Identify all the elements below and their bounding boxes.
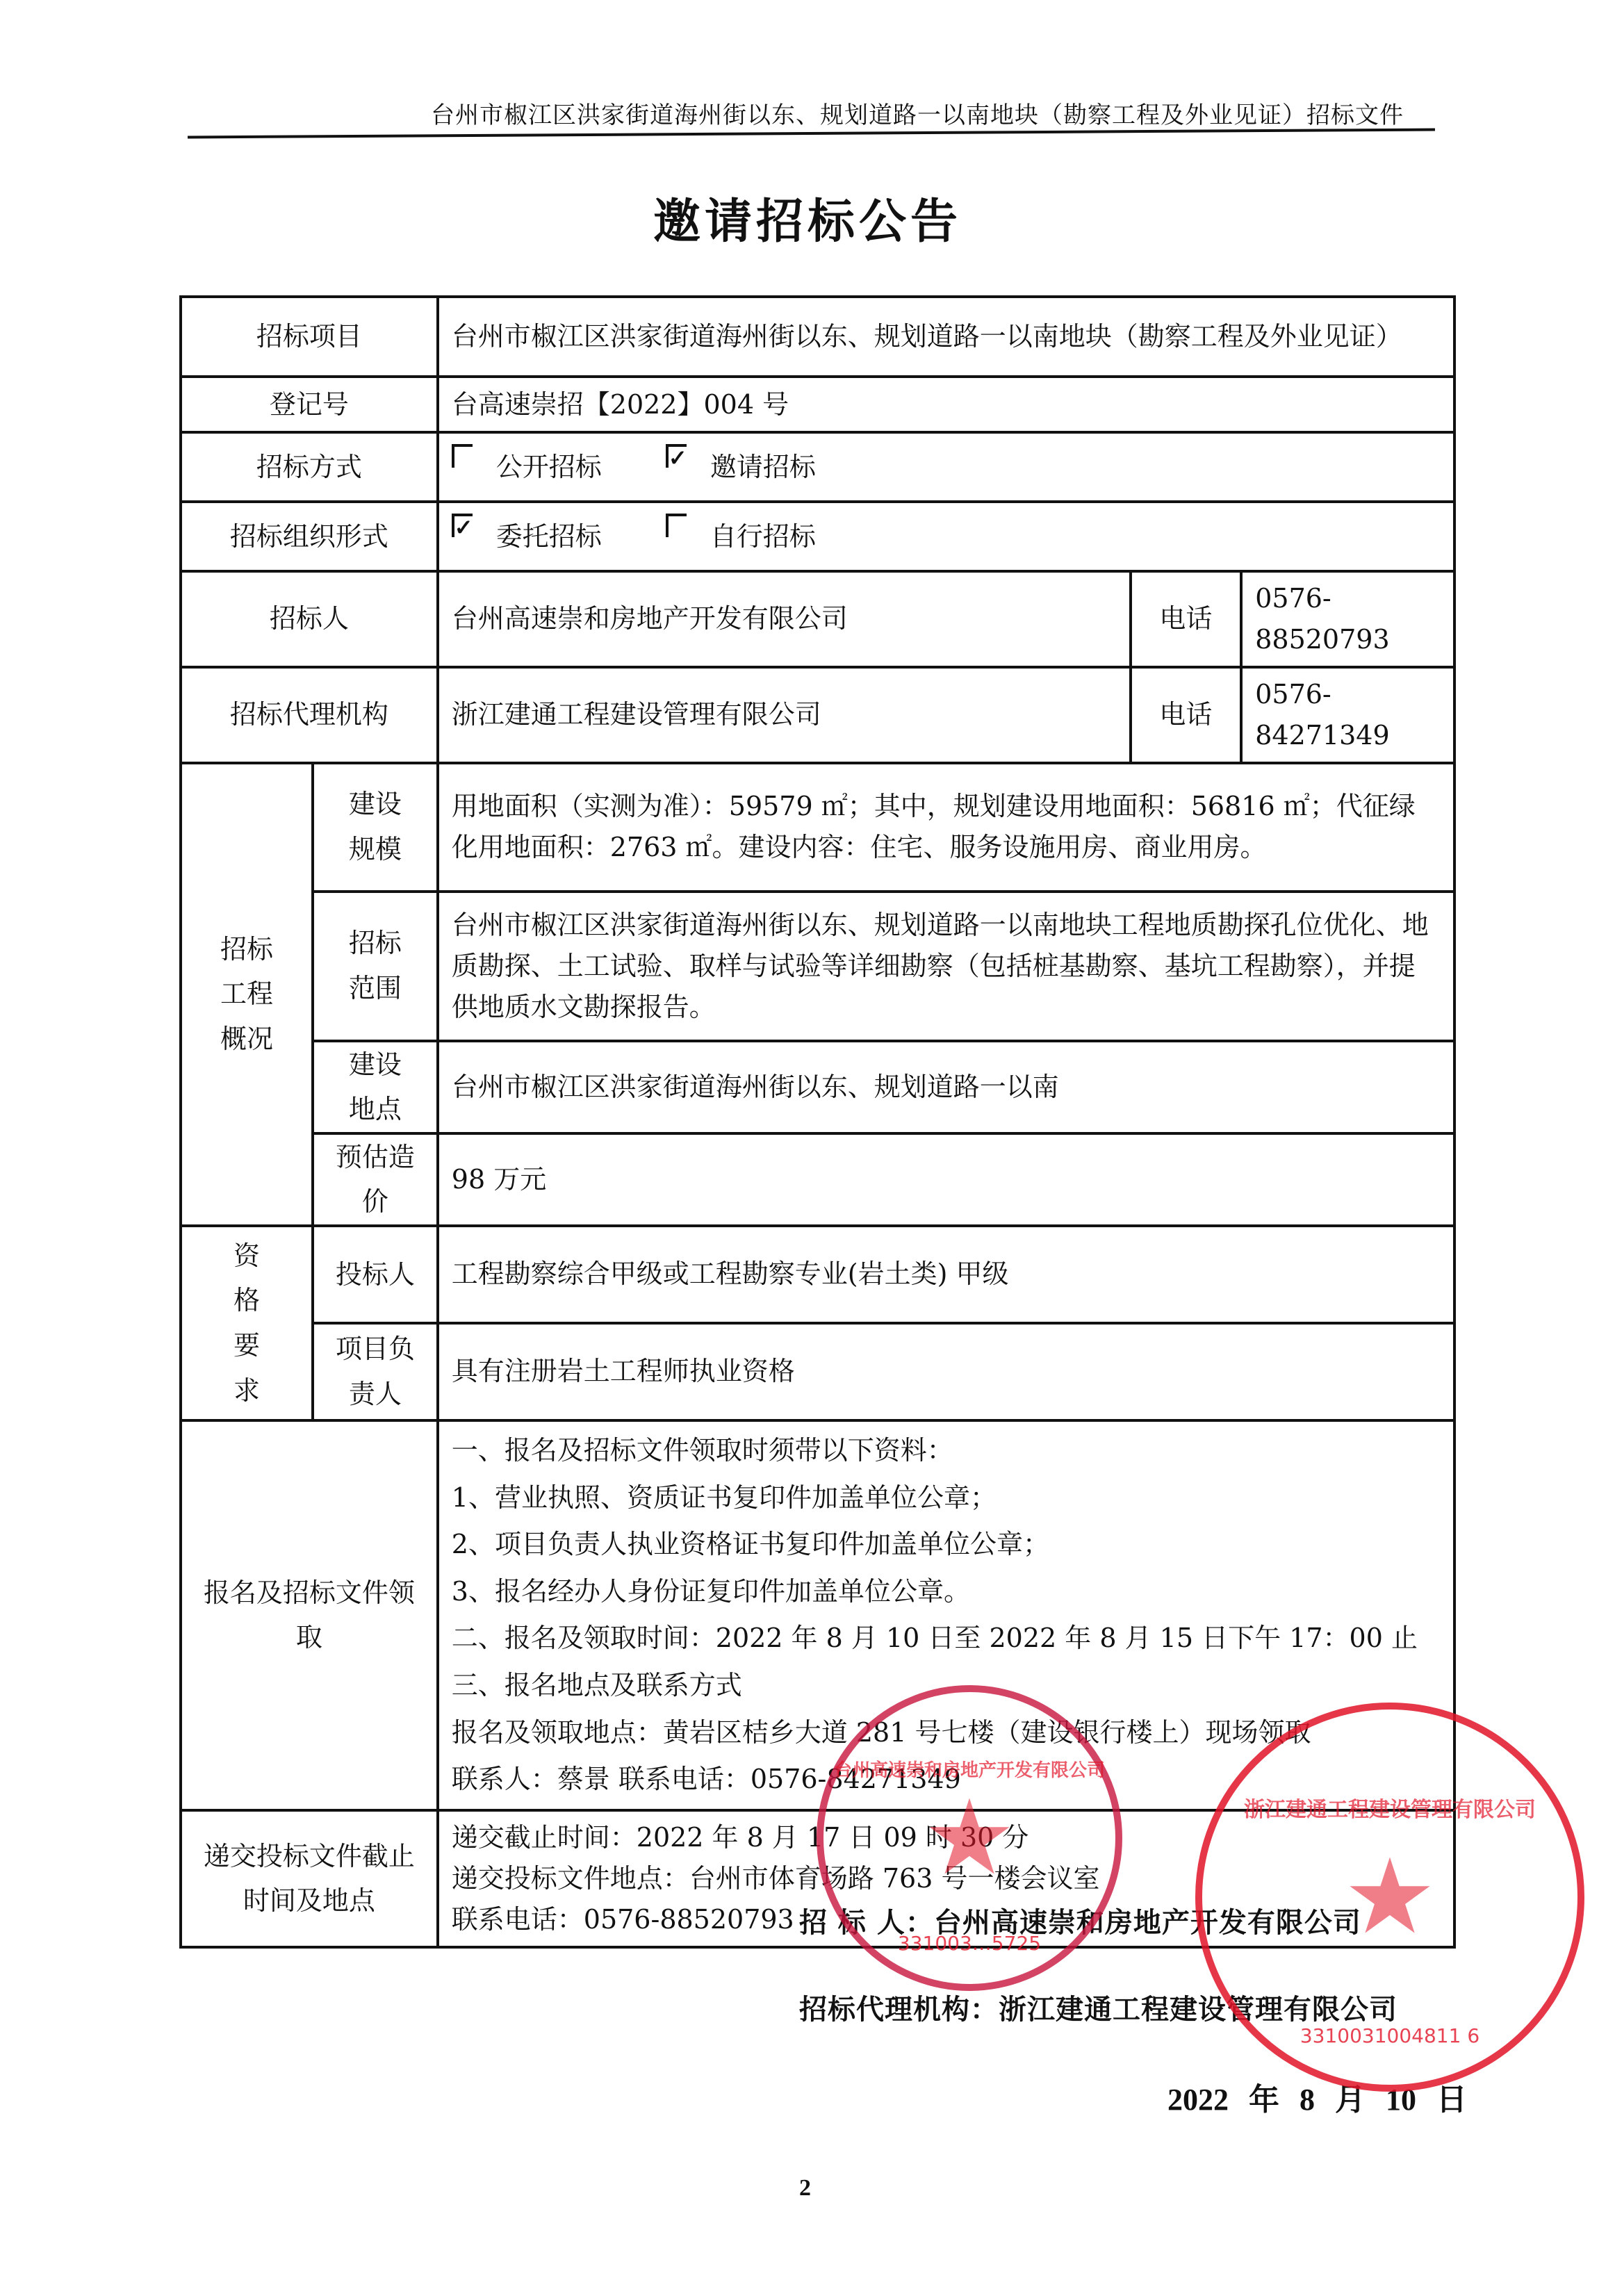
option-invited-tender: 邀请招标 [710, 452, 816, 482]
reg-line-1: 一、报名及招标文件领取时须带以下资料： [452, 1427, 1441, 1475]
value-tenderer: 台州高速崇和房地产开发有限公司 [438, 571, 1131, 667]
value-method: 公开招标 邀请招标 [438, 432, 1454, 502]
row-organization: 招标组织形式 委托招标 自行招标 [181, 502, 1454, 571]
option-self-tender: 自行招标 [710, 521, 816, 552]
label-overview: 招标工程概况 [181, 763, 313, 1226]
checkbox-entrusted-tender[interactable] [452, 514, 473, 537]
label-submission: 递交投标文件截止时间及地点 [181, 1810, 438, 1947]
label-location: 建设地点 [313, 1041, 438, 1133]
reg-line-8: 联系人：蔡景 联系电话：0576-84271349 [452, 1756, 1441, 1803]
row-project: 招标项目 台州市椒江区洪家街道海州街以东、规划道路一以南地块（勘察工程及外业见证… [181, 297, 1454, 377]
reg-line-4: 3、报名经办人身份证复印件加盖单位公章。 [452, 1568, 1441, 1616]
reg-line-5: 二、报名及领取时间：2022 年 8 月 10 日至 2022 年 8 月 15… [452, 1615, 1441, 1662]
label-cost: 预估造价 [313, 1133, 438, 1226]
row-qual-bidder: 资格要求 投标人 工程勘察综合甲级或工程勘察专业(岩土类) 甲级 [181, 1226, 1454, 1323]
label-qualification: 资格要求 [181, 1226, 313, 1420]
row-qual-manager: 项目负责人 具有注册岩土工程师执业资格 [181, 1323, 1454, 1420]
label-project-manager: 项目负责人 [313, 1323, 438, 1420]
checkbox-invited-tender[interactable] [666, 444, 687, 468]
value-location: 台州市椒江区洪家街道海州街以东、规划道路一以南 [438, 1041, 1454, 1133]
row-overview-scope: 招标范围 台州市椒江区洪家街道海州街以东、规划道路一以南地块工程地质勘探孔位优化… [181, 892, 1454, 1041]
value-agency: 浙江建通工程建设管理有限公司 [438, 667, 1131, 763]
reg-line-6: 三、报名地点及联系方式 [452, 1662, 1441, 1709]
option-entrusted-tender: 委托招标 [496, 521, 602, 552]
label-registration: 登记号 [181, 377, 438, 432]
row-registration: 登记号 台高速崇招【2022】004 号 [181, 377, 1454, 432]
label-scale: 建设规模 [313, 763, 438, 892]
value-project-manager: 具有注册岩土工程师执业资格 [438, 1323, 1454, 1420]
row-overview-scale: 招标工程概况 建设规模 用地面积（实测为准）：59579 ㎡；其中，规划建设用地… [181, 763, 1454, 892]
value-bidder: 工程勘察综合甲级或工程勘察专业(岩土类) 甲级 [438, 1226, 1454, 1323]
page-number: 2 [799, 2175, 811, 2201]
reg-line-2: 1、营业执照、资质证书复印件加盖单位公章； [452, 1475, 1441, 1522]
label-agency: 招标代理机构 [181, 667, 438, 763]
label-agency-phone: 电话 [1131, 667, 1242, 763]
row-agency: 招标代理机构 浙江建通工程建设管理有限公司 电话 0576-84271349 [181, 667, 1454, 763]
label-tenderer-phone: 电话 [1131, 571, 1242, 667]
signature-agency: 招标代理机构：浙江建通工程建设管理有限公司 [799, 1987, 1397, 2027]
tender-notice-table: 招标项目 台州市椒江区洪家街道海州街以东、规划道路一以南地块（勘察工程及外业见证… [179, 295, 1456, 1949]
value-registration-docs: 一、报名及招标文件领取时须带以下资料： 1、营业执照、资质证书复印件加盖单位公章… [438, 1420, 1454, 1810]
row-overview-location: 建设地点 台州市椒江区洪家街道海州街以东、规划道路一以南 [181, 1041, 1454, 1133]
running-header: 台州市椒江区洪家街道海州街以东、规划道路一以南地块（勘察工程及外业见证）招标文件 [431, 96, 1404, 130]
reg-line-7: 报名及领取地点：黄岩区桔乡大道 281 号七楼（建设银行楼上）现场领取 [452, 1709, 1441, 1757]
checkbox-public-tender[interactable] [452, 444, 473, 468]
value-organization: 委托招标 自行招标 [438, 502, 1454, 571]
sub-line-2: 递交投标文件地点：台州市体育场路 763 号一楼会议室 [452, 1858, 1441, 1899]
label-bidder: 投标人 [313, 1226, 438, 1323]
value-tenderer-phone: 0576-88520793 [1241, 571, 1454, 667]
value-agency-phone: 0576-84271349 [1241, 667, 1454, 763]
row-registration-docs: 报名及招标文件领取 一、报名及招标文件领取时须带以下资料： 1、营业执照、资质证… [181, 1420, 1454, 1810]
sub-line-1: 递交截止时间：2022 年 8 月 17 日 09 时 30 分 [452, 1817, 1441, 1858]
label-tenderer: 招标人 [181, 571, 438, 667]
row-method: 招标方式 公开招标 邀请招标 [181, 432, 1454, 502]
row-overview-cost: 预估造价 98 万元 [181, 1133, 1454, 1226]
label-scope: 招标范围 [313, 892, 438, 1041]
seal-agency-code: 3310031004811 6 [1202, 2024, 1577, 2047]
label-registration-docs: 报名及招标文件领取 [181, 1420, 438, 1810]
value-registration: 台高速崇招【2022】004 号 [438, 377, 1454, 432]
value-scope: 台州市椒江区洪家街道海州街以东、规划道路一以南地块工程地质勘探孔位优化、地质勘探… [438, 892, 1454, 1041]
label-organization: 招标组织形式 [181, 502, 438, 571]
label-method: 招标方式 [181, 432, 438, 502]
option-public-tender: 公开招标 [496, 452, 602, 482]
checkbox-self-tender[interactable] [666, 514, 687, 537]
signature-date: 2022 年 8 月 10 日 [1167, 2074, 1467, 2119]
page-title: 邀请招标公告 [0, 184, 1615, 252]
reg-line-3: 2、项目负责人执业资格证书复印件加盖单位公章； [452, 1521, 1441, 1568]
value-project: 台州市椒江区洪家街道海州街以东、规划道路一以南地块（勘察工程及外业见证） [438, 297, 1454, 377]
value-scale: 用地面积（实测为准）：59579 ㎡；其中，规划建设用地面积：56816 ㎡；代… [438, 763, 1454, 892]
value-cost: 98 万元 [438, 1133, 1454, 1226]
row-tenderer: 招标人 台州高速崇和房地产开发有限公司 电话 0576-88520793 [181, 571, 1454, 667]
label-project: 招标项目 [181, 297, 438, 377]
signature-tenderer: 招 标 人：台州高速崇和房地产开发有限公司 [799, 1901, 1361, 1940]
